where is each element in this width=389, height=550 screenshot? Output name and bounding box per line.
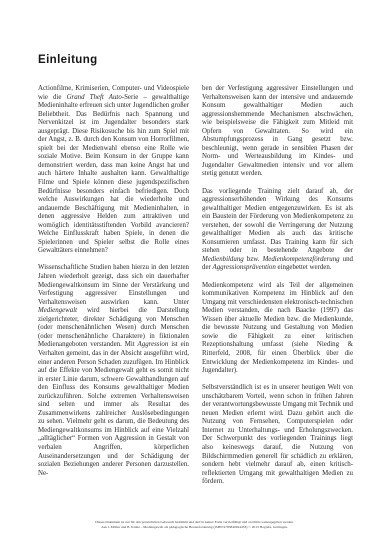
footer-notice: Dieses Dokument ist nur für den persönli… — [0, 520, 389, 530]
right-column: ben der Verfestigung aggressiver Einstel… — [202, 85, 353, 487]
left-column: Actionfilme, Krimiserien, Computer- und … — [38, 85, 189, 487]
page-title: Einleitung — [38, 54, 98, 66]
paragraph: Wissenschaftliche Studien haben hierzu i… — [38, 264, 189, 478]
paragraph: Das vorliegende Training zielt darauf ab… — [202, 188, 353, 273]
document-page: Einleitung Actionfilme, Krimiserien, Com… — [0, 0, 389, 550]
paragraph: Actionfilme, Krimiserien, Computer- und … — [38, 85, 189, 256]
paragraph: Medienkompetenz wird als Teil der allgem… — [202, 282, 353, 376]
text-columns: Actionfilme, Krimiserien, Computer- und … — [38, 85, 353, 487]
paragraph: ben der Verfestigung aggressiver Einstel… — [202, 85, 353, 179]
footer-source-line: Aus I. Möller und B. Krahé – Mediengewal… — [0, 525, 389, 530]
paragraph: Selbstverständlich ist es in unserer heu… — [202, 384, 353, 487]
